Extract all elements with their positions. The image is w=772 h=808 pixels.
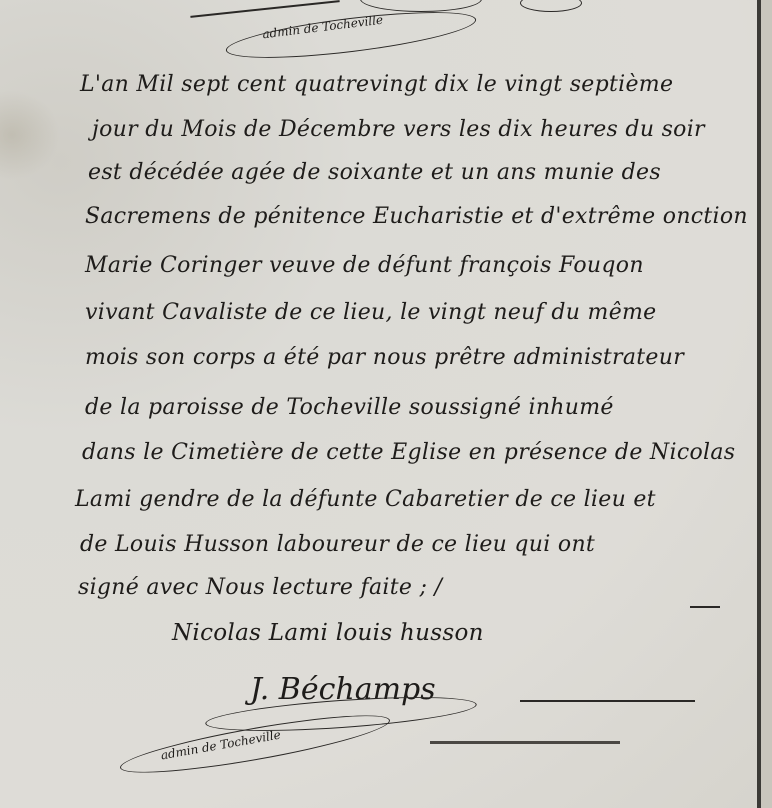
signature-rule-1: [520, 700, 695, 702]
top-flourish-loop: [360, 0, 482, 12]
body-line-12: signé avec Nous lecture faite ; /: [78, 575, 442, 600]
signature-rule-2: [430, 741, 620, 744]
top-flourish-stroke: [190, 0, 339, 17]
body-line-10: Lami gendre de la défunte Cabaretier de …: [75, 487, 656, 512]
body-line-6: vivant Cavaliste de ce lieu, le vingt ne…: [85, 300, 657, 325]
body-line-4: Sacremens de pénitence Eucharistie et d'…: [85, 204, 748, 229]
witness-signatures: Nicolas Lami louis husson: [172, 620, 484, 646]
body-line-2: jour du Mois de Décembre vers les dix he…: [92, 117, 705, 142]
body-line-11: de Louis Husson laboureur de ce lieu qui…: [80, 532, 595, 557]
closing-dash: [690, 606, 720, 608]
paper-stain: [0, 90, 60, 180]
body-line-7: mois son corps a été par nous prêtre adm…: [85, 345, 684, 370]
body-line-8: de la paroisse de Tocheville soussigné i…: [85, 395, 614, 420]
body-line-1: L'an Mil sept cent quatrevingt dix le vi…: [80, 72, 673, 97]
top-flourish-loop-right: [520, 0, 582, 12]
document-page: admin de Tocheville L'an Mil sept cent q…: [0, 0, 757, 808]
body-line-9: dans le Cimetière de cette Eglise en pré…: [82, 440, 735, 465]
body-line-3: est décédée agée de soixante et un ans m…: [88, 160, 661, 185]
next-page-edge: [761, 0, 772, 808]
body-line-5: Marie Coringer veuve de défunt françois …: [85, 253, 644, 278]
